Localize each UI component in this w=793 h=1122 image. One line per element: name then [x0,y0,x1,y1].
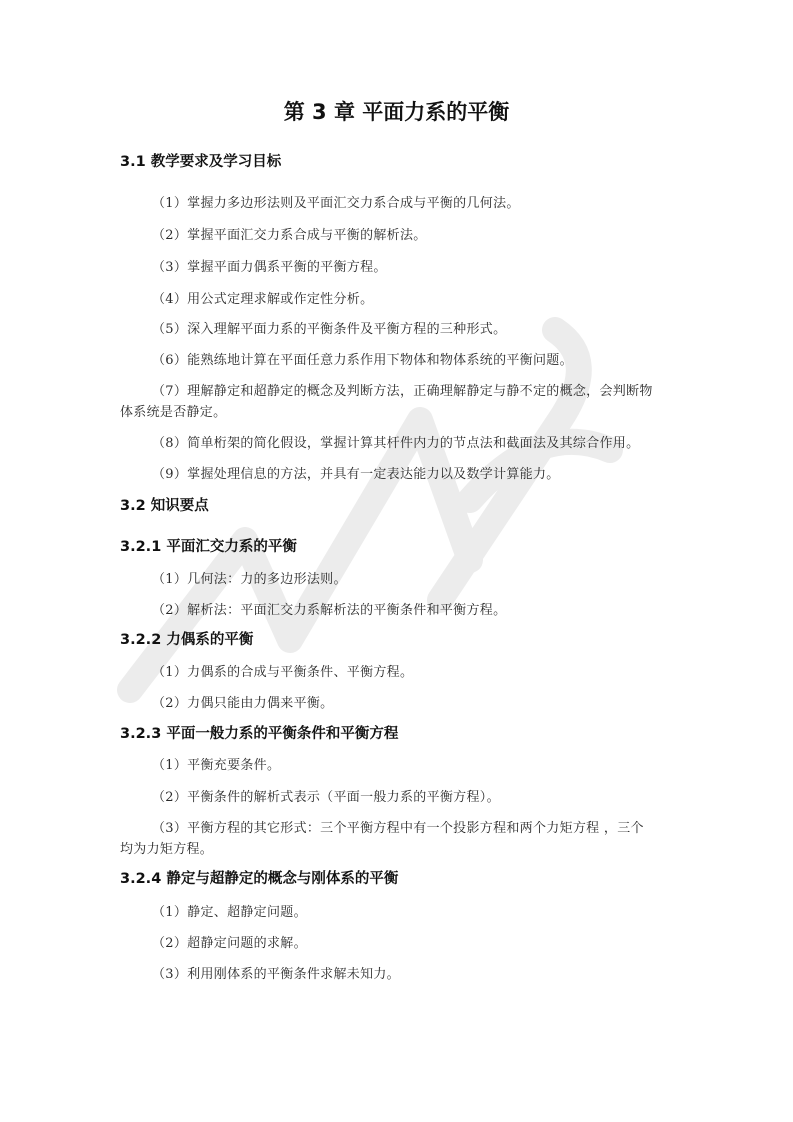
list-item: （2）超静定问题的求解。 [152,932,307,951]
list-item: （2）平衡条件的解析式表示（平面一般力系的平衡方程）。 [152,786,500,805]
list-item-continuation: 均为力矩方程。 [120,838,213,857]
section-heading-3-2-4: 3.2.4 静定与超静定的概念与刚体系的平衡 [120,867,398,888]
list-item: （5）深入理解平面力系的平衡条件及平衡方程的三种形式。 [152,318,506,337]
list-item: （3）掌握平面力偶系平衡的平衡方程。 [152,256,387,275]
list-item: （8）简单桁架的简化假设，掌握计算其杆件内力的节点法和截面法及其综合作用。 [152,432,639,451]
document-page: 第 3 章 平面力系的平衡 3.1 教学要求及学习目标 （1）掌握力多边形法则及… [0,0,793,1122]
section-heading-3-2-3: 3.2.3 平面一般力系的平衡条件和平衡方程 [120,722,398,743]
list-item: （7）理解静定和超静定的概念及判断方法，正确理解静定与静不定的概念，会判断物 [152,380,653,399]
list-item: （6）能熟练地计算在平面任意力系作用下物体和物体系统的平衡问题。 [152,349,573,368]
section-heading-3-1: 3.1 教学要求及学习目标 [120,150,281,171]
list-item: （1）平衡充要条件。 [152,754,280,773]
section-heading-3-2: 3.2 知识要点 [120,494,209,515]
list-item: （2）解析法：平面汇交力系解析法的平衡条件和平衡方程。 [152,599,506,618]
list-item: （4）用公式定理求解或作定性分析。 [152,288,373,307]
list-item: （9）掌握处理信息的方法，并具有一定表达能力以及数学计算能力。 [152,463,560,482]
list-item: （1）静定、超静定问题。 [152,901,307,920]
section-heading-3-2-2: 3.2.2 力偶系的平衡 [120,628,253,649]
list-item: （1）几何法：力的多边形法则。 [152,568,347,587]
chapter-title: 第 3 章 平面力系的平衡 [0,96,793,126]
list-item-continuation: 体系统是否静定。 [120,401,226,420]
list-item: （2）力偶只能由力偶来平衡。 [152,692,333,711]
section-heading-3-2-1: 3.2.1 平面汇交力系的平衡 [120,535,297,556]
list-item: （3）利用刚体系的平衡条件求解未知力。 [152,963,400,982]
list-item: （1）力偶系的合成与平衡条件、平衡方程。 [152,661,413,680]
list-item: （1）掌握力多边形法则及平面汇交力系合成与平衡的几何法。 [152,192,520,211]
list-item: （2）掌握平面汇交力系合成与平衡的解析法。 [152,224,427,243]
list-item: （3）平衡方程的其它形式：三个平衡方程中有一个投影方程和两个力矩方程 ，三个 [152,817,644,836]
